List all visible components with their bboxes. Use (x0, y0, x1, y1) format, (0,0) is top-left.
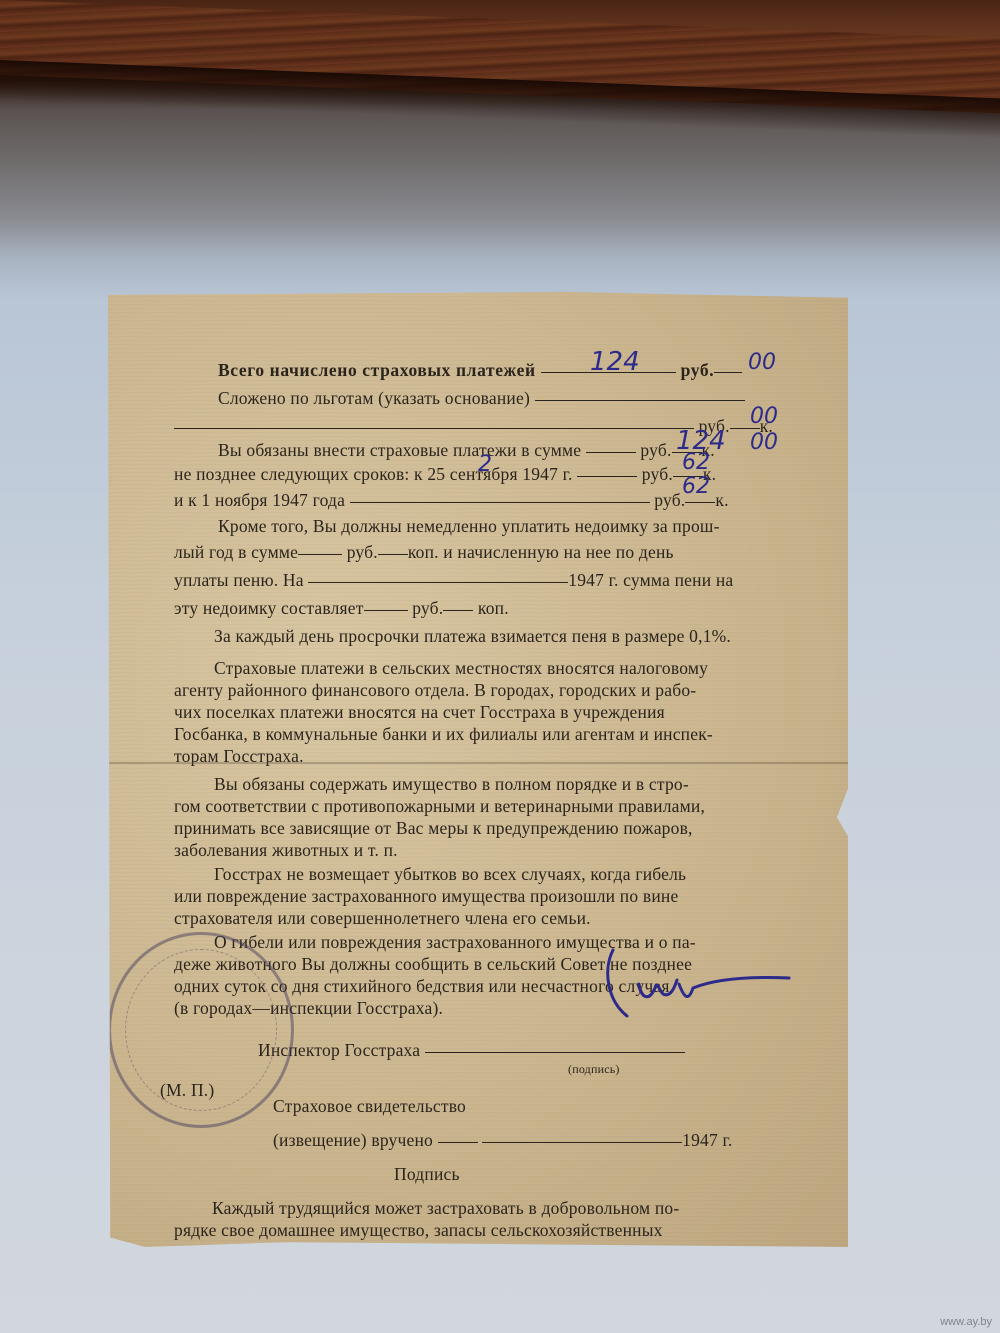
inspector-line: Инспектор Госстраха (258, 1040, 848, 1061)
handwritten-signature (593, 940, 793, 1020)
fill-line (714, 371, 742, 373)
fill-line (174, 427, 694, 429)
arrears-line-3: уплаты пеню. На 1947 г. сумма пени на (174, 570, 848, 591)
handwritten-written-off-kop: 00 (750, 404, 778, 429)
rub-unit: руб. (654, 490, 685, 510)
handwritten-total-rub: 124 (590, 347, 640, 377)
kop-unit: к. (715, 490, 728, 510)
rural-line-3: чих поселках платежи вносятся на счет Го… (174, 702, 848, 723)
fold-crease (108, 762, 848, 764)
sign-label: Подпись (394, 1164, 848, 1185)
rub-unit: руб. (640, 440, 671, 460)
handwritten-deadline-2-rub: 62 (682, 474, 710, 499)
handwritten-total-kop: 00 (748, 350, 776, 375)
arrears-line-2: лый год в сумме руб.коп. и начисленную н… (174, 542, 848, 563)
text: коп. и начисленную на нее по день (408, 542, 674, 562)
penalty-line: За каждый день просрочки платежа взимает… (214, 626, 848, 647)
certificate-line-1: Страховое свидетельство (273, 1096, 848, 1117)
voluntary-line-1: Каждый трудящийся может застраховать в д… (212, 1198, 848, 1219)
handwritten-deadline-1-rub: 62 (682, 450, 710, 475)
deadline-2-line: и к 1 ноября 1947 года руб.к. (174, 490, 848, 511)
site-watermark: www.ay.by (940, 1316, 992, 1328)
certificate-line-2: (извещение) вручено 1947 г. (273, 1130, 848, 1151)
deadline-1-line: не позднее следующих сроков: к 25 сентяб… (174, 464, 848, 485)
fill-line (378, 553, 408, 555)
fill-line (586, 451, 636, 453)
fill-line (482, 1141, 682, 1143)
insurance-notice-document: Всего начислено страховых платежей руб. … (108, 292, 848, 1247)
duty-line-2: гом соответствии с противопожарными и ве… (174, 796, 848, 817)
written-off-amount-line: руб.к. (174, 416, 848, 437)
fill-line (685, 501, 715, 503)
fill-line (308, 581, 568, 583)
text: уплаты пеню. На (174, 570, 304, 590)
text: эту недоимку составляет (174, 598, 364, 618)
signature-caption: (подпись) (568, 1062, 848, 1077)
written-off-label: Сложено по льготам (указать основание) (218, 388, 530, 408)
text: коп. (478, 598, 509, 618)
text: руб. (412, 598, 443, 618)
noreimb-line-3: страхователя или совершеннолетнего члена… (174, 908, 848, 929)
arrears-line-4: эту недоимку составляет руб. коп. (174, 598, 848, 619)
must-pay-label: Вы обязаны внести страховые платежи в су… (218, 440, 581, 460)
signature-fill-line (425, 1051, 685, 1053)
fill-line (535, 399, 745, 401)
contact-line-2: инспекторам или агентам Госстраха. (174, 1296, 848, 1317)
text: 1947 г. сумма пени на (568, 570, 733, 590)
rural-line-4: Госбанка, в коммунальные банки и их фили… (174, 724, 848, 745)
certificate-delivered-label: (извещение) вручено (273, 1130, 433, 1150)
fill-line (443, 609, 473, 611)
deadline-1-label: не позднее следующих сроков: к 25 сентяб… (174, 464, 573, 484)
text: лый год в сумме (174, 542, 298, 562)
rural-line-2: агенту районного финансового отдела. В г… (174, 680, 848, 701)
deadline-2-label: и к 1 ноября 1947 года (174, 490, 345, 510)
rub-unit: руб. (642, 464, 673, 484)
duty-line-4: заболевания животных и т. п. (174, 840, 848, 861)
duty-line-3: принимать все зависящие от Вас меры к пр… (174, 818, 848, 839)
handwritten-must-pay-kop: 00 (750, 430, 778, 455)
certificate-year: 1947 г. (682, 1130, 732, 1150)
duty-line-1: Вы обязаны содержать имущество в полном … (214, 774, 848, 795)
contact-line-1: Для заключения добровольного страхования… (212, 1272, 848, 1293)
voluntary-line-3: продуктов, крупный рогатый скот, лошадей… (174, 1242, 848, 1263)
total-accrued-label: Всего начислено страховых платежей (218, 360, 536, 380)
fill-line (438, 1141, 478, 1143)
fill-line (577, 475, 637, 477)
fill-line (364, 609, 408, 611)
fill-line (298, 553, 342, 555)
arrears-line-1: Кроме того, Вы должны немедленно уплатит… (218, 516, 848, 537)
rural-line-1: Страховые платежи в сельских местностях … (214, 658, 848, 679)
noreimb-line-1: Госстрах не возмещает убытков во всех сл… (214, 864, 848, 885)
rub-unit: руб. (681, 360, 715, 380)
voluntary-line-2: рядке свое домашнее имущество, запасы се… (174, 1220, 848, 1241)
handwritten-day-digit: 2 (478, 452, 492, 477)
text: руб. (347, 542, 378, 562)
fill-line (350, 501, 650, 503)
noreimb-line-2: или повреждение застрахованного имуществ… (174, 886, 848, 907)
